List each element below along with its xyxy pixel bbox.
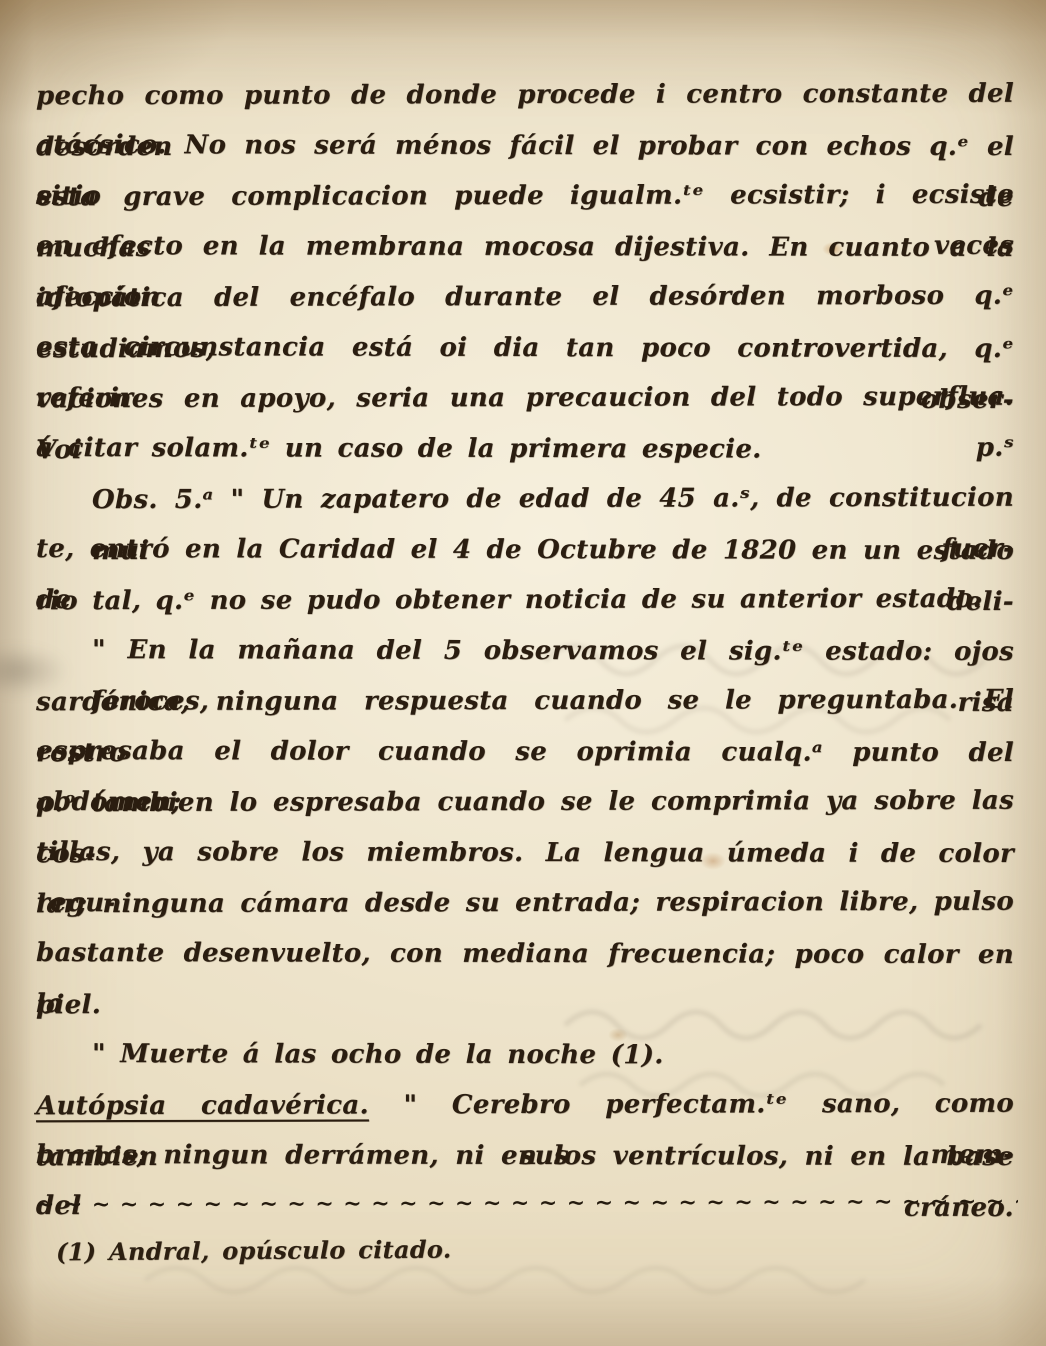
manuscript-page: pecho como punto de donde procede i cent… xyxy=(0,0,1046,1346)
manuscript-line-paragraph-start: " En la mañana del 5 observamos el sig.ᵗ… xyxy=(36,624,1014,677)
manuscript-line: pecho como punto de donde procede i cent… xyxy=(36,69,1014,122)
manuscript-line: bastante desenvuelto, con mediana frecue… xyxy=(36,927,1014,980)
autopsy-heading-underlined: Autópsia cadavérica. xyxy=(36,1090,369,1121)
manuscript-line: sardónica, ninguna respuesta cuando se l… xyxy=(36,675,1014,728)
manuscript-line: branas; ningun derrámen, ni en los ventr… xyxy=(36,1129,1014,1182)
manuscript-line: espresaba el dolor cuando se oprimia cua… xyxy=(36,725,1014,778)
manuscript-line: atácsico. No nos será ménos fácil el pro… xyxy=(36,119,1014,172)
wavy-divider: ~~~~~~~~~~~~~~~~~~~~~~~~~~~~~~~~~~~~~~~~… xyxy=(36,1186,1018,1219)
manuscript-line-death-note: " Muerte á las ocho de la noche (1). xyxy=(36,1028,1014,1081)
manuscript-line: piel. xyxy=(36,978,1014,1031)
manuscript-line: p.ᵒ tambien lo espresaba cuando se le co… xyxy=(36,776,1014,829)
manuscript-line: lar; ninguna cámara desde su entrada; re… xyxy=(36,877,1014,930)
manuscript-line: tillas, ya sobre los miembros. La lengua… xyxy=(36,826,1014,879)
manuscript-line: esta circunstancia está oi dia tan poco … xyxy=(36,321,1014,374)
manuscript-line: á citar solam.ᵗᵉ un caso de la primera e… xyxy=(36,422,1014,475)
manuscript-line: te, entró en la Caridad el 4 de Octubre … xyxy=(36,523,1014,576)
manuscript-line-autopsy-heading: Autópsia cadavérica. " Cerebro perfectam… xyxy=(36,1079,1014,1132)
manuscript-text-block: pecho como punto de donde procede i cent… xyxy=(36,70,1014,1181)
manuscript-line-observation-start: Obs. 5.ᵃ " Un zapatero de edad de 45 a.ˢ… xyxy=(36,473,1014,526)
footnote: (1) Andral, opúsculo citado. xyxy=(56,1235,452,1267)
manuscript-line: esta grave complicacion puede igualm.ᵗᵉ … xyxy=(36,170,1014,223)
manuscript-line: idiopática del encéfalo durante el desór… xyxy=(36,271,1014,324)
manuscript-line: rio tal, q.ᵉ no se pudo obtener noticia … xyxy=(36,574,1014,627)
manuscript-line: vaciones en apoyo, seria una precaucion … xyxy=(36,372,1014,425)
manuscript-line: en efecto en la membrana mocosa dijestiv… xyxy=(36,220,1014,273)
